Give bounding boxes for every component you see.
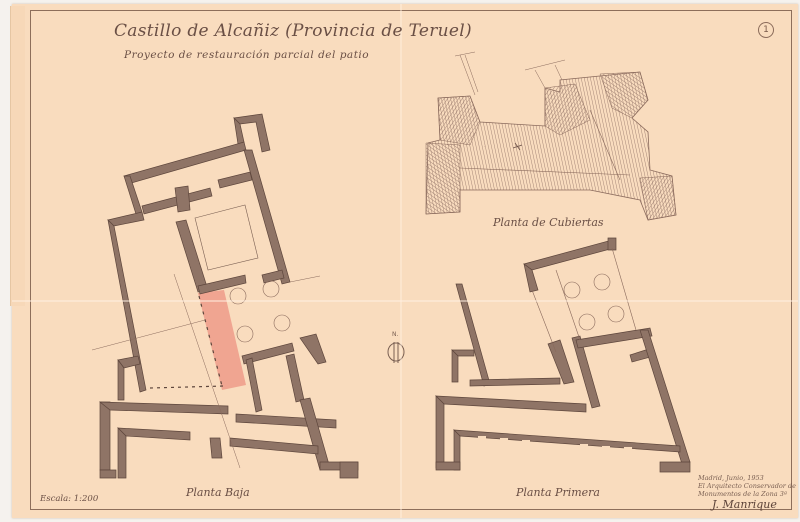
- signature-block: Madrid, Junio, 1953 El Arquitecto Conser…: [698, 474, 796, 498]
- document-subtitle: Proyecto de restauración parcial del pat…: [124, 49, 369, 61]
- paper-fold-horizontal: [12, 300, 798, 302]
- sheet-number-badge: 1: [758, 22, 774, 38]
- ground-floor-plan: [100, 114, 358, 478]
- roof-plan: [426, 52, 676, 220]
- document-title: Castillo de Alcañiz (Provincia de Teruel…: [114, 21, 472, 41]
- courtyard-trees-ground: [230, 281, 290, 342]
- label-ground-floor: Planta Baja: [186, 486, 250, 499]
- signature-mark: J. Manrique: [712, 498, 777, 511]
- scale-label: Escala: 1:200: [40, 494, 98, 504]
- paper-fold-vertical: [400, 4, 402, 518]
- signature-line-2: El Arquitecto Conservador de: [698, 482, 796, 490]
- compass-label: N.: [392, 331, 398, 338]
- label-roof-plan: Planta de Cubiertas: [493, 216, 604, 229]
- signature-line-3: Monumentos de la Zona 3ª: [698, 490, 796, 498]
- signature-line-1: Madrid, Junio, 1953: [698, 474, 796, 482]
- label-first-floor: Planta Primera: [516, 486, 600, 499]
- first-floor-plan: [436, 238, 690, 472]
